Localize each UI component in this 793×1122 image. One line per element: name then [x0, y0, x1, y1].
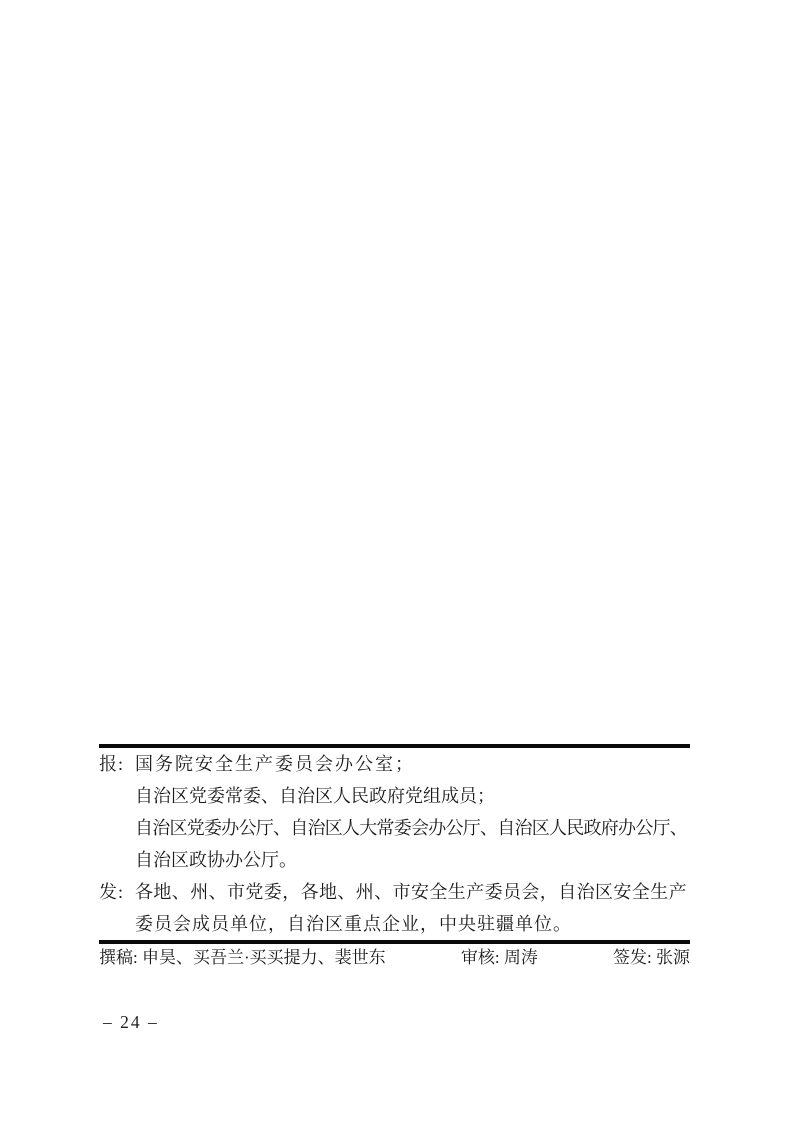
drafter-label: 撰稿:	[99, 948, 138, 967]
distribution-block: 报: 国务院安全生产委员会办公室； 自治区党委常委、自治区人民政府党组成员； 自…	[99, 744, 690, 970]
issuer-label: 签发:	[613, 948, 652, 967]
reviewer-name: 周涛	[504, 948, 538, 967]
send-line-2: 委员会成员单位，自治区重点企业，中央驻疆单位。	[135, 908, 690, 940]
send-label: 发:	[99, 876, 135, 908]
send-paragraph: 发: 各地、州、市党委，各地、州、市安全生产委员会，自治区安全生产 委员会成员单…	[99, 876, 690, 940]
issuer-name: 张源	[656, 948, 690, 967]
reviewer-credit: 审核: 周涛	[461, 946, 538, 970]
page-number: – 24 –	[103, 1012, 159, 1033]
issuer-credit: 签发: 张源	[613, 946, 690, 970]
report-line-4: 自治区政协办公厅。	[135, 844, 690, 876]
drafter-credit: 撰稿: 申昊、买吾兰·买买提力、裴世东	[99, 946, 386, 970]
report-line-1: 国务院安全生产委员会办公室；	[135, 748, 690, 780]
document-page: 报: 国务院安全生产委员会办公室； 自治区党委常委、自治区人民政府党组成员； 自…	[0, 0, 793, 1122]
send-line-1: 各地、州、市党委，各地、州、市安全生产委员会，自治区安全生产	[135, 876, 690, 908]
report-paragraph: 报: 国务院安全生产委员会办公室； 自治区党委常委、自治区人民政府党组成员； 自…	[99, 748, 690, 876]
credits-row: 撰稿: 申昊、买吾兰·买买提力、裴世东 审核: 周涛 签发: 张源	[99, 946, 690, 970]
report-line-3: 自治区党委办公厅、自治区人大常委会办公厅、自治区人民政府办公厅、	[135, 812, 690, 844]
reviewer-label: 审核:	[461, 948, 500, 967]
report-line-2: 自治区党委常委、自治区人民政府党组成员；	[135, 780, 690, 812]
drafter-names: 申昊、买吾兰·买买提力、裴世东	[142, 948, 386, 967]
report-label: 报:	[99, 748, 135, 780]
separator-line-bottom	[99, 940, 690, 944]
